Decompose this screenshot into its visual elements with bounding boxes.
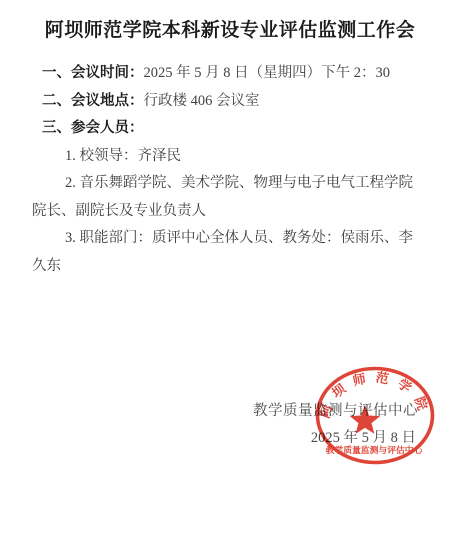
meeting-location-value: 行政楼 406 会议室 bbox=[144, 93, 260, 109]
official-seal: 阿坝师范学院 教学质量监测与评估中心 bbox=[313, 365, 437, 467]
meeting-time-line: 一、会议时间：2025 年 5 月 8 日（星期四）下午 2：30 bbox=[32, 60, 426, 88]
participant-line-leaders: 1. 校领导：齐泽民 bbox=[32, 143, 426, 171]
seal-bottom-text: 教学质量监测与评估中心 bbox=[325, 444, 424, 455]
document-page: 阿坝师范学院本科新设专业评估监测工作会 一、会议时间：2025 年 5 月 8 … bbox=[0, 0, 460, 559]
meeting-location-label: 二、会议地点： bbox=[42, 93, 144, 109]
seal-star-icon bbox=[350, 405, 380, 434]
doc-body: 一、会议时间：2025 年 5 月 8 日（星期四）下午 2：30 二、会议地点… bbox=[32, 60, 426, 280]
participants-heading-line: 三、参会人员： bbox=[32, 115, 426, 143]
participant-line-departments: 3. 职能部门：质评中心全体人员、教务处：侯雨乐、李久东 bbox=[32, 225, 426, 280]
meeting-time-value: 2025 年 5 月 8 日（星期四）下午 2：30 bbox=[144, 65, 391, 81]
participants-heading-label: 三、参会人员： bbox=[42, 120, 144, 136]
participant-line-colleges: 2. 音乐舞蹈学院、美术学院、物理与电子电气工程学院院长、副院长及专业负责人 bbox=[32, 170, 426, 225]
meeting-time-label: 一、会议时间： bbox=[42, 65, 144, 81]
meeting-location-line: 二、会议地点：行政楼 406 会议室 bbox=[32, 88, 426, 116]
seal-arc-text: 阿坝师范学院 bbox=[317, 369, 433, 420]
doc-title: 阿坝师范学院本科新设专业评估监测工作会 bbox=[0, 15, 460, 42]
